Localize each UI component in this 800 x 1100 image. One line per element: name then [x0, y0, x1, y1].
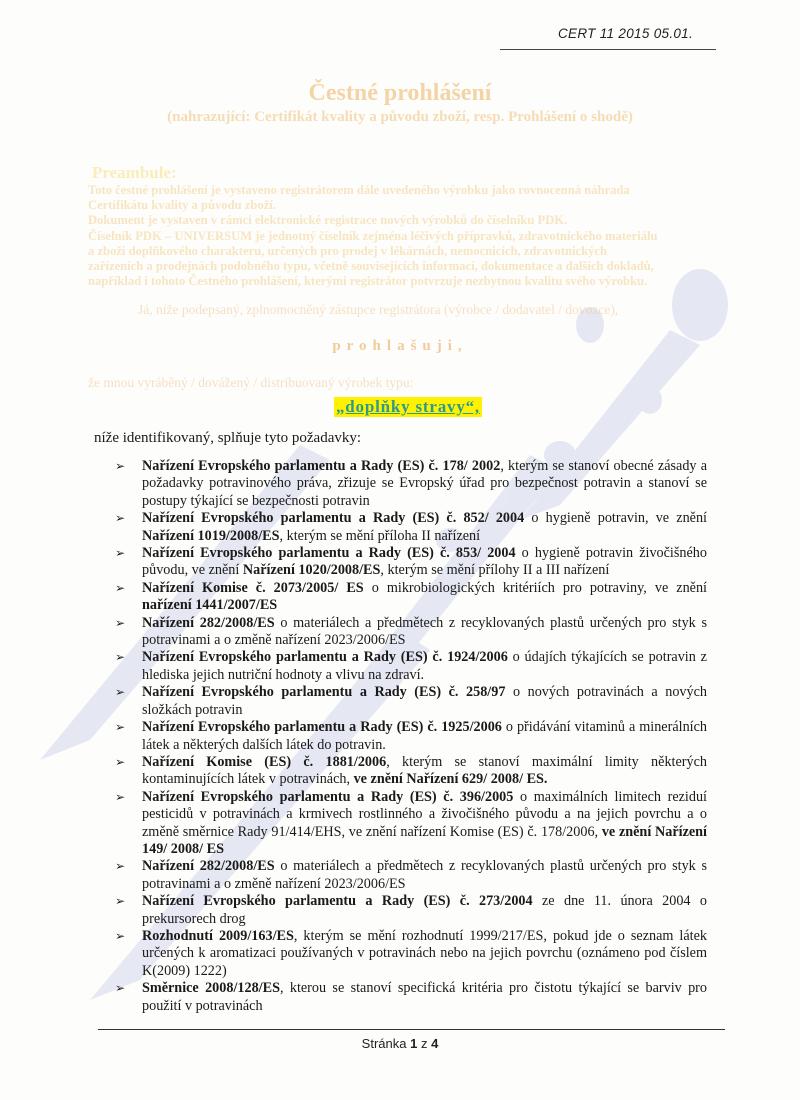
requirement-item: ➢Nařízení Evropského parlamentu a Rady (…	[115, 789, 707, 859]
regulation-reference: Nařízení Evropského parlamentu a Rady (E…	[142, 510, 524, 526]
requirement-item: ➢Rozhodnutí 2009/163/ES, kterým se mění …	[115, 928, 707, 980]
requirements-list: ➢Nařízení Evropského parlamentu a Rady (…	[115, 458, 707, 1015]
document-title: Čestné prohlášení	[0, 80, 800, 107]
regulation-reference: Nařízení Evropského parlamentu a Rady (E…	[142, 649, 508, 665]
header-rule	[500, 49, 716, 50]
preamble-line: zařízeních a prodejnách podobného typu, …	[88, 259, 718, 274]
arrow-bullet-icon: ➢	[115, 789, 125, 806]
regulation-reference: Nařízení 1020/2008/ES	[243, 562, 381, 578]
regulation-reference: Rozhodnutí 2009/163/ES	[142, 928, 294, 944]
declaration-word: prohlašuji,	[0, 338, 800, 355]
product-line: že mnou vyráběný / dovážený / distribuov…	[88, 375, 413, 391]
regulation-reference: Nařízení Evropského parlamentu a Rady (E…	[142, 719, 502, 735]
preamble-text: Toto čestné prohlášení je vystaveno regi…	[88, 183, 718, 289]
arrow-bullet-icon: ➢	[115, 649, 125, 666]
arrow-bullet-icon: ➢	[115, 858, 125, 875]
preamble-line: Číselník PDK – UNIVERSUM je jednotný čís…	[88, 229, 718, 244]
preamble-line: a zboží doplňkového charakteru, určených…	[88, 244, 718, 259]
arrow-bullet-icon: ➢	[115, 615, 125, 632]
signer-statement: Já, níže podepsaný, zplnomocněný zástupc…	[138, 302, 618, 318]
footer-rule	[98, 1029, 725, 1030]
regulation-reference: Nařízení 282/2008/ES	[142, 615, 275, 631]
preamble-line: Dokument je vystaven v rámci elektronick…	[88, 213, 718, 228]
arrow-bullet-icon: ➢	[115, 719, 125, 736]
page-sep: z	[421, 1036, 428, 1051]
arrow-bullet-icon: ➢	[115, 684, 125, 701]
arrow-bullet-icon: ➢	[115, 510, 125, 527]
requirement-item: ➢Nařízení Evropského parlamentu a Rady (…	[115, 719, 707, 754]
page-number: Stránka 1 z 4	[0, 1036, 800, 1051]
regulation-reference: Nařízení 282/2008/ES	[142, 858, 275, 874]
requirements-intro: níže identifikovaný, splňuje tyto požada…	[94, 430, 361, 447]
regulation-description: , kterým se mění přílohy II a III naříze…	[380, 562, 609, 578]
arrow-bullet-icon: ➢	[115, 580, 125, 597]
arrow-bullet-icon: ➢	[115, 754, 125, 771]
product-type: „doplňky stravy“,	[334, 397, 482, 417]
requirement-item: ➢Nařízení 282/2008/ES o materiálech a př…	[115, 615, 707, 650]
page-current: 1	[410, 1036, 417, 1051]
regulation-reference: Nařízení Komise (ES) č. 1881/2006	[142, 754, 386, 770]
regulation-reference: Nařízení Evropského parlamentu a Rady (E…	[142, 893, 533, 909]
document-subtitle: (nahrazující: Certifikát kvality a původ…	[0, 109, 800, 126]
requirement-item: ➢Nařízení Evropského parlamentu a Rady (…	[115, 649, 707, 684]
requirement-item: ➢Nařízení Komise (ES) č. 1881/2006, kter…	[115, 754, 707, 789]
regulation-reference: Nařízení Evropského parlamentu a Rady (E…	[142, 545, 516, 561]
regulation-reference: ve znění Nařízení 629/ 2008/ ES.	[354, 771, 548, 787]
requirement-item: ➢Nařízení Evropského parlamentu a Rady (…	[115, 458, 707, 510]
arrow-bullet-icon: ➢	[115, 458, 125, 475]
regulation-reference: Nařízení Evropského parlamentu a Rady (E…	[142, 789, 513, 805]
regulation-reference: Směrnice 2008/128/ES	[142, 980, 280, 996]
arrow-bullet-icon: ➢	[115, 928, 125, 945]
requirement-item: ➢Nařízení Evropského parlamentu a Rady (…	[115, 684, 707, 719]
requirement-item: ➢Nařízení 282/2008/ES o materiálech a př…	[115, 858, 707, 893]
page-label: Stránka	[362, 1036, 407, 1051]
preamble-line: Certifikátu kvality a původu zboží.	[88, 198, 718, 213]
document-code: CERT 11 2015 05.01.	[558, 26, 693, 41]
requirement-item: ➢Nařízení Komise č. 2073/2005/ ES o mikr…	[115, 580, 707, 615]
regulation-reference: Nařízení Evropského parlamentu a Rady (E…	[142, 458, 500, 474]
preamble-line: například i tohoto Čestného prohlášení, …	[88, 274, 718, 289]
regulation-reference: Nařízení Komise č. 2073/2005/ ES	[142, 580, 364, 596]
page-total: 4	[431, 1036, 438, 1051]
preamble-heading: Preambule:	[92, 163, 177, 183]
regulation-reference: nařízení 1441/2007/ES	[142, 597, 277, 613]
regulation-reference: Nařízení 1019/2008/ES	[142, 528, 280, 544]
regulation-description: , kterým se mění příloha II nařízení	[280, 528, 481, 544]
requirement-item: ➢Směrnice 2008/128/ES, kterou se stanoví…	[115, 980, 707, 1015]
preamble-line: Toto čestné prohlášení je vystaveno regi…	[88, 183, 718, 198]
regulation-description: o hygieně potravin, ve znění	[524, 510, 707, 526]
requirement-item: ➢Nařízení Evropského parlamentu a Rady (…	[115, 510, 707, 545]
regulation-reference: Nařízení Evropského parlamentu a Rady (E…	[142, 684, 505, 700]
requirement-item: ➢Nařízení Evropského parlamentu a Rady (…	[115, 893, 707, 928]
requirement-item: ➢Nařízení Evropského parlamentu a Rady (…	[115, 545, 707, 580]
arrow-bullet-icon: ➢	[115, 980, 125, 997]
arrow-bullet-icon: ➢	[115, 545, 125, 562]
regulation-description: o mikrobiologických kritériích pro potra…	[364, 580, 707, 596]
arrow-bullet-icon: ➢	[115, 893, 125, 910]
